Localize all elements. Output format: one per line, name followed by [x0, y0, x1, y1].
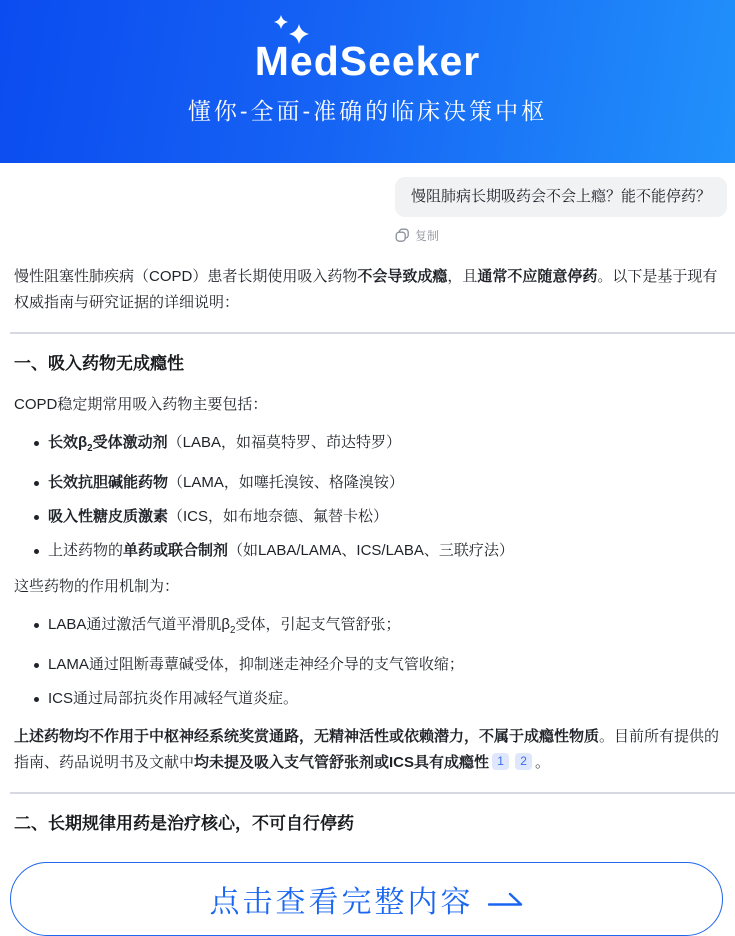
cta-row: 点击查看完整内容 — [0, 862, 735, 936]
list-item: 长效抗胆碱能药物（LAMA，如噻托溴铵、格隆溴铵） — [14, 470, 727, 496]
app-logo: MedSeeker — [0, 38, 735, 84]
list-item: 吸入性糖皮质激素（ICS，如布地奈德、氟替卡松） — [14, 504, 727, 530]
list-item: LAMA通过阻断毒蕈碱受体，抑制迷走神经介导的支气管收缩； — [14, 652, 727, 678]
list-item: ICS通过局部抗炎作用减轻气道炎症。 — [14, 686, 727, 712]
app-header: MedSeeker 懂你-全面-准确的临床决策中枢 — [0, 0, 735, 163]
view-full-content-button[interactable]: 点击查看完整内容 — [10, 862, 723, 936]
arrow-right-icon — [488, 890, 524, 908]
sparkles-icon — [272, 14, 316, 52]
copy-icon — [395, 228, 410, 243]
list-item: LABA通过激活气道平滑肌β2受体，引起支气管舒张； — [14, 612, 727, 644]
section-2-heading: 二、长期规律用药是治疗核心，不可自行停药 — [14, 812, 727, 836]
copy-button[interactable]: 复制 — [395, 227, 439, 244]
mechanism-lead: 这些药物的作用机制为： — [14, 574, 727, 600]
cta-label: 点击查看完整内容 — [210, 877, 474, 921]
medication-list: 长效β2受体激动剂（LABA，如福莫特罗、茚达特罗） 长效抗胆碱能药物（LAMA… — [14, 430, 727, 564]
user-question-bubble: 慢阻肺病长期吸药会不会上瘾？能不能停药？ — [395, 177, 727, 217]
section-1-heading: 一、吸入药物无成瘾性 — [14, 352, 727, 376]
answer-intro-paragraph: 慢性阻塞性肺疾病（COPD）患者长期使用吸入药物不会导致成瘾，且通常不应随意停药… — [14, 264, 727, 316]
copy-label: 复制 — [415, 227, 439, 244]
citation-badge[interactable]: 2 — [515, 753, 532, 770]
summary-paragraph: 上述药物均不作用于中枢神经系统奖赏通路，无精神活性或依赖潜力，不属于成瘾性物质。… — [14, 724, 727, 776]
mechanism-list: LABA通过激活气道平滑肌β2受体，引起支气管舒张； LAMA通过阻断毒蕈碱受体… — [14, 612, 727, 712]
app-tagline: 懂你-全面-准确的临床决策中枢 — [0, 93, 735, 126]
list-item: 上述药物的单药或联合制剂（如LABA/LAMA、ICS/LABA、三联疗法） — [14, 538, 727, 564]
user-message-row: 慢阻肺病长期吸药会不会上瘾？能不能停药？ 复制 — [14, 177, 727, 244]
list-item: 长效β2受体激动剂（LABA，如福莫特罗、茚达特罗） — [14, 430, 727, 462]
section-divider — [10, 332, 735, 334]
chat-content: 慢阻肺病长期吸药会不会上瘾？能不能停药？ 复制 慢性阻塞性肺疾病（COPD）患者… — [0, 177, 735, 836]
citation-badge[interactable]: 1 — [492, 753, 509, 770]
medications-lead: COPD稳定期常用吸入药物主要包括： — [14, 392, 727, 418]
section-divider — [10, 792, 735, 794]
